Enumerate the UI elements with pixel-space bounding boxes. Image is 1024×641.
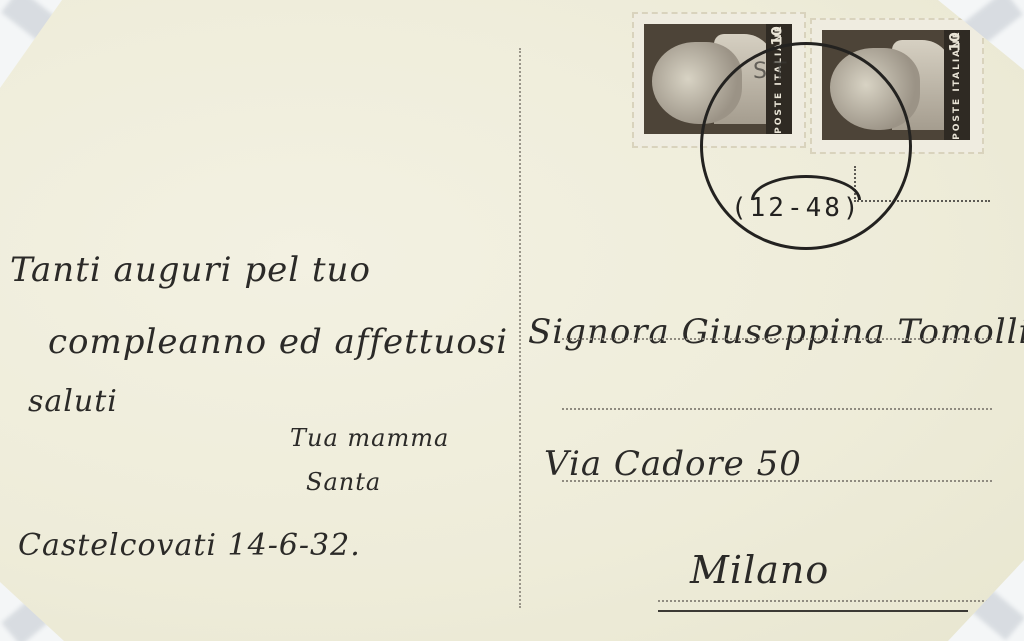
- stamp-2-country: POSTE ITALIANE: [952, 30, 962, 140]
- center-divider: [519, 48, 521, 608]
- address-recipient: Signora Giuseppina Tomolli: [528, 312, 1024, 352]
- postmark-town: ST: [753, 59, 792, 84]
- postmark-circle: ST (12-48): [700, 42, 912, 250]
- message-line-2: compleanno ed affettuosi: [48, 322, 508, 362]
- address-line-2: [562, 408, 992, 410]
- signature-line-1: Tua mamma: [290, 424, 449, 452]
- message-line-3: saluti: [28, 384, 118, 419]
- address-line-3: [562, 480, 992, 482]
- address-line-4: [658, 600, 988, 602]
- address-underline: [658, 610, 968, 612]
- signature-line-2: Santa: [306, 468, 381, 496]
- address-city: Milano: [690, 548, 829, 592]
- address-line-1: [562, 338, 992, 340]
- address-street: Via Cadore 50: [544, 444, 802, 484]
- message-line-1: Tanti auguri pel tuo: [10, 250, 371, 290]
- postcard-back: Tanti auguri pel tuo compleanno ed affet…: [0, 0, 1024, 641]
- postmark-time: (12-48): [731, 193, 862, 223]
- place-date: Castelcovati 14-6-32.: [18, 528, 361, 563]
- stamp-2-band: 10 POSTE ITALIANE: [944, 30, 970, 140]
